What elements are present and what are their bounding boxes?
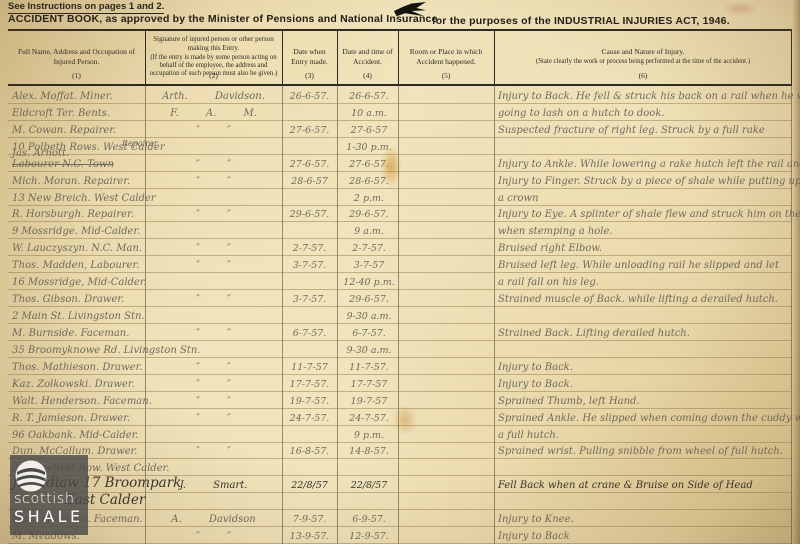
table-row: Thos. Mathieson. Drawer.″ ″11-7-5711-7-5… bbox=[8, 357, 792, 375]
column-number: (4) bbox=[337, 71, 398, 81]
cause-cell: Sprained wrist. Pulling snibble from whe… bbox=[498, 446, 798, 457]
cause-cell: a full hutch. bbox=[498, 430, 798, 441]
accident-date-cell: 28-6-57. bbox=[337, 176, 401, 187]
signature-cell: J. Smart. bbox=[145, 480, 282, 491]
name-cell: 35 Broomyknowe Rd. Livingston Stn. bbox=[10, 345, 284, 356]
watermark-text-scottish: scottish bbox=[14, 492, 88, 507]
table-row: M. Meadows.″ ″13-9-57.12-9-57.Injury to … bbox=[8, 526, 792, 544]
accident-date-cell: 9 p.m. bbox=[337, 430, 401, 441]
name-cell: 13 New Breich. West Calder bbox=[10, 193, 284, 204]
accident-date-cell: 11-7-57. bbox=[337, 362, 401, 373]
table-row: 2 Main St. Livingston Stn.9-30 a.m. bbox=[8, 306, 792, 324]
column-header-place: Room or Place in which Accident happened… bbox=[398, 30, 494, 84]
table-row: J. Laidlaw 17 BroomparkJ. Smart.22/8/572… bbox=[8, 475, 792, 493]
signature-cell: ″ ″ bbox=[145, 531, 282, 542]
cause-cell: Injury to Knee. bbox=[498, 514, 798, 525]
table-row: 16 Mossridge, Mid-Calder.12-40 p.m.a rai… bbox=[8, 272, 792, 290]
signature-cell: ″ ″ bbox=[145, 396, 282, 407]
table-row: M. Cowan. Repairer.″ ″27-6-57.27-6-57Sus… bbox=[8, 120, 792, 138]
cause-cell: Suspected fracture of right leg. Struck … bbox=[498, 125, 798, 136]
cause-cell: a crown bbox=[498, 193, 798, 204]
entry-date-cell: 26-6-57. bbox=[282, 91, 337, 102]
accident-date-cell: 3-7-57 bbox=[337, 260, 401, 271]
column-number: (6) bbox=[494, 71, 792, 81]
column-number: (5) bbox=[398, 71, 494, 81]
entry-date-cell: 16-8-57. bbox=[282, 446, 337, 457]
column-header-entry-date: Date when Entry made. (3) bbox=[282, 30, 337, 84]
scottish-shale-watermark: scottish SHALE bbox=[10, 455, 88, 535]
cause-cell: a rail fall on his leg. bbox=[498, 277, 798, 288]
cause-cell: Fell Back when at crane & Bruise on Side… bbox=[498, 480, 798, 491]
name-cell: 96 Oakbank. Mid-Calder. bbox=[10, 430, 284, 441]
column-header-cause: Cause and Nature of Injury. (State clear… bbox=[494, 30, 792, 84]
table-row: Walt. Morrison. Faceman.A. Davidson7-9-5… bbox=[8, 509, 792, 527]
cause-cell: going to lash on a hutch to dook. bbox=[498, 108, 798, 119]
entry-date-cell: 6-7-57. bbox=[282, 328, 337, 339]
accident-date-cell: 12-9-57. bbox=[337, 531, 401, 542]
column-header-accident-date: Date and time of Accident. (4) bbox=[337, 30, 398, 84]
cause-cell: Injury to Ankle. While lowering a rake h… bbox=[498, 159, 798, 170]
name-cell: 16 Mossridge, Mid-Calder. bbox=[10, 277, 284, 288]
table-row: Mich. Moran. Repairer.″ ″28-6-5728-6-57.… bbox=[8, 171, 792, 189]
signature-cell: ″ ″ bbox=[145, 413, 282, 424]
table-row: Kaz. Zolkowski. Drawer.″ ″17-7-57.17-7-5… bbox=[8, 374, 792, 392]
column-header-label: Room or Place in which Accident happened… bbox=[402, 47, 490, 67]
accident-date-cell: 22/8/57 bbox=[337, 480, 401, 491]
accident-date-cell: 14-8-57. bbox=[337, 446, 401, 457]
table-row: 29 Limefield Row. West Calder. bbox=[8, 458, 792, 476]
entry-date-cell: 24-7-57. bbox=[282, 413, 337, 424]
table-row: Dun. McCallum. Drawer.″ ″16-8-57.14-8-57… bbox=[8, 442, 792, 460]
accident-date-cell: 9 a.m. bbox=[337, 226, 401, 237]
column-header-subtext: (State clearly the work or process being… bbox=[536, 58, 750, 66]
accident-date-cell: 10 a.m. bbox=[337, 108, 401, 119]
table-row: R. Horsburgh. Repairer.″ ″29-6-57.29-6-5… bbox=[8, 205, 792, 223]
table-row: 35 Broomyknowe Rd. Livingston Stn.9-30 a… bbox=[8, 340, 792, 358]
entry-date-cell: 27-6-57. bbox=[282, 125, 337, 136]
accident-date-cell: 27-6-57. bbox=[337, 159, 401, 170]
entry-date-cell: 22/8/57 bbox=[282, 480, 337, 491]
column-number: (3) bbox=[282, 71, 337, 81]
signature-cell: A. Davidson bbox=[145, 514, 282, 525]
watermark-text-shale: SHALE bbox=[14, 509, 88, 525]
column-header-label: Full Name, Address and Occupation of Inj… bbox=[12, 47, 141, 67]
table-row: M. Burnside. Faceman.″ ″6-7-57.6-7-57.St… bbox=[8, 323, 792, 341]
page-title: ACCIDENT BOOK, as approved by the Minist… bbox=[8, 13, 438, 25]
accident-date-cell: 29-6-57. bbox=[337, 209, 401, 220]
table-row: R. T. Jamieson. Drawer.″ ″24-7-57.24-7-5… bbox=[8, 408, 792, 426]
signature-cell: ″ ″ bbox=[145, 328, 282, 339]
table-row: Walt. Henderson. Faceman.″ ″19-7-57.19-7… bbox=[8, 391, 792, 409]
cause-cell: Strained Back. Lifting derailed hutch. bbox=[498, 328, 798, 339]
entry-date-cell: 17-7-57. bbox=[282, 379, 337, 390]
signature-cell: ″ ″ bbox=[145, 294, 282, 305]
accident-date-cell: 29-6-57. bbox=[337, 294, 401, 305]
table-row: W. Lauczyszyn. N.C. Man.″ ″2-7-57.2-7-57… bbox=[8, 238, 792, 256]
entry-date-cell: 11-7-57 bbox=[282, 362, 337, 373]
signature-cell: ″ ″ bbox=[145, 446, 282, 457]
shale-bing-logo-icon bbox=[14, 459, 48, 493]
signature-cell: ″ ″ bbox=[145, 125, 282, 136]
cause-cell: Injury to Eye. A splinter of shale flew … bbox=[498, 209, 798, 220]
accident-date-cell: 17-7-57 bbox=[337, 379, 401, 390]
column-header-label: Date when Entry made. bbox=[286, 47, 333, 67]
table-row: Jas. Arnott. Labourer N.C. TownRepairer″… bbox=[8, 154, 792, 172]
column-header-label: Cause and Nature of Injury. bbox=[601, 47, 684, 57]
accident-date-cell: 12-40 p.m. bbox=[337, 277, 401, 288]
signature-cell: ″ ″ bbox=[145, 362, 282, 373]
table-row: 96 Oakbank. Mid-Calder.9 p.m.a full hutc… bbox=[8, 425, 792, 443]
signature-cell: Arth. Davidson. bbox=[145, 91, 282, 102]
entry-date-cell: 3-7-57. bbox=[282, 294, 337, 305]
correction-text: Repairer bbox=[122, 139, 158, 148]
column-header-name: Full Name, Address and Occupation of Inj… bbox=[8, 30, 145, 84]
signature-cell: ″ ″ bbox=[145, 209, 282, 220]
signature-cell: ″ ″ bbox=[145, 379, 282, 390]
cause-cell: Injury to Back. bbox=[498, 362, 798, 373]
signature-cell: ″ ″ bbox=[145, 260, 282, 271]
page-title-continued: for the purposes of the INDUSTRIAL INJUR… bbox=[432, 15, 730, 27]
accident-date-cell: 24-7-57. bbox=[337, 413, 401, 424]
column-header-label: Date and time of Accident. bbox=[341, 47, 394, 67]
signature-cell: ″ ″ bbox=[145, 159, 282, 170]
name-cell: 9 Mossridge. Mid-Calder. bbox=[10, 226, 284, 237]
entry-date-cell: 27-6-57. bbox=[282, 159, 337, 170]
table-row: Thos. Madden, Labourer.″ ″3-7-57.3-7-57B… bbox=[8, 255, 792, 273]
cause-cell: Strained muscle of Back. while lifting a… bbox=[498, 294, 798, 305]
entry-date-cell: 7-9-57. bbox=[282, 514, 337, 525]
table-row: 13 New Breich. West Calder2 p.m.a crown bbox=[8, 188, 792, 206]
accident-book-page: See Instructions on pages 1 and 2. ACCID… bbox=[0, 0, 800, 544]
name-cell: 2 Main St. Livingston Stn. bbox=[10, 311, 284, 322]
cause-cell: Injury to Finger. Struck by a piece of s… bbox=[498, 176, 798, 187]
accident-date-cell: 2-7-57. bbox=[337, 243, 401, 254]
table-row: 9 Mossridge. Mid-Calder.9 a.m.when stemp… bbox=[8, 221, 792, 239]
accident-date-cell: 2 p.m. bbox=[337, 193, 401, 204]
column-number: (1) bbox=[8, 71, 145, 81]
accident-date-cell: 26-6-57. bbox=[337, 91, 401, 102]
page-edge bbox=[792, 0, 800, 544]
table-row: East Calder bbox=[8, 492, 792, 510]
cause-cell: when stemping a hole. bbox=[498, 226, 798, 237]
signature-cell: F. A. M. bbox=[145, 108, 282, 119]
accident-date-cell: 27-6-57 bbox=[337, 125, 401, 136]
accident-date-cell: 6-9-57. bbox=[337, 514, 401, 525]
cause-cell: Injury to Back. bbox=[498, 379, 798, 390]
paper-stain bbox=[722, 1, 758, 16]
entry-date-cell: 3-7-57. bbox=[282, 260, 337, 271]
table-row: Eldcroft Ter. Bents.F. A. M.10 a.m.going… bbox=[8, 103, 792, 121]
entry-date-cell: 28-6-57 bbox=[282, 176, 337, 187]
table-row: Thos. Gibson. Drawer.″ ″3-7-57.29-6-57.S… bbox=[8, 289, 792, 307]
column-header-signature: Signature of injured person or other per… bbox=[145, 30, 282, 84]
cause-cell: Bruised right Elbow. bbox=[498, 243, 798, 254]
accident-date-cell: 19-7-57 bbox=[337, 396, 401, 407]
table-row: Alex. Moffat. Miner.Arth. Davidson.26-6-… bbox=[8, 86, 792, 104]
entry-date-cell: 2-7-57. bbox=[282, 243, 337, 254]
accident-date-cell: 1-30 p.m. bbox=[337, 142, 401, 153]
signature-cell: ″ ″ bbox=[145, 176, 282, 187]
entry-date-cell: 29-6-57. bbox=[282, 209, 337, 220]
cause-cell: Injury to Back. He fell & struck his bac… bbox=[498, 91, 798, 102]
cause-cell: Sprained Thumb, left Hand. bbox=[498, 396, 798, 407]
accident-date-cell: 9-30 a.m. bbox=[337, 311, 401, 322]
column-number: (2) bbox=[145, 71, 282, 81]
accident-date-cell: 6-7-57. bbox=[337, 328, 401, 339]
entry-date-cell: 13-9-57. bbox=[282, 531, 337, 542]
signature-cell: ″ ″ bbox=[145, 243, 282, 254]
entry-date-cell: 19-7-57. bbox=[282, 396, 337, 407]
column-header-label: Signature of injured person or other per… bbox=[149, 35, 278, 53]
cause-cell: Injury to Back bbox=[498, 531, 798, 542]
accident-date-cell: 9-30 a.m. bbox=[337, 345, 401, 356]
cause-cell: Sprained Ankle. He slipped when coming d… bbox=[498, 413, 798, 424]
cause-cell: Bruised left leg. While unloading rail h… bbox=[498, 260, 798, 271]
